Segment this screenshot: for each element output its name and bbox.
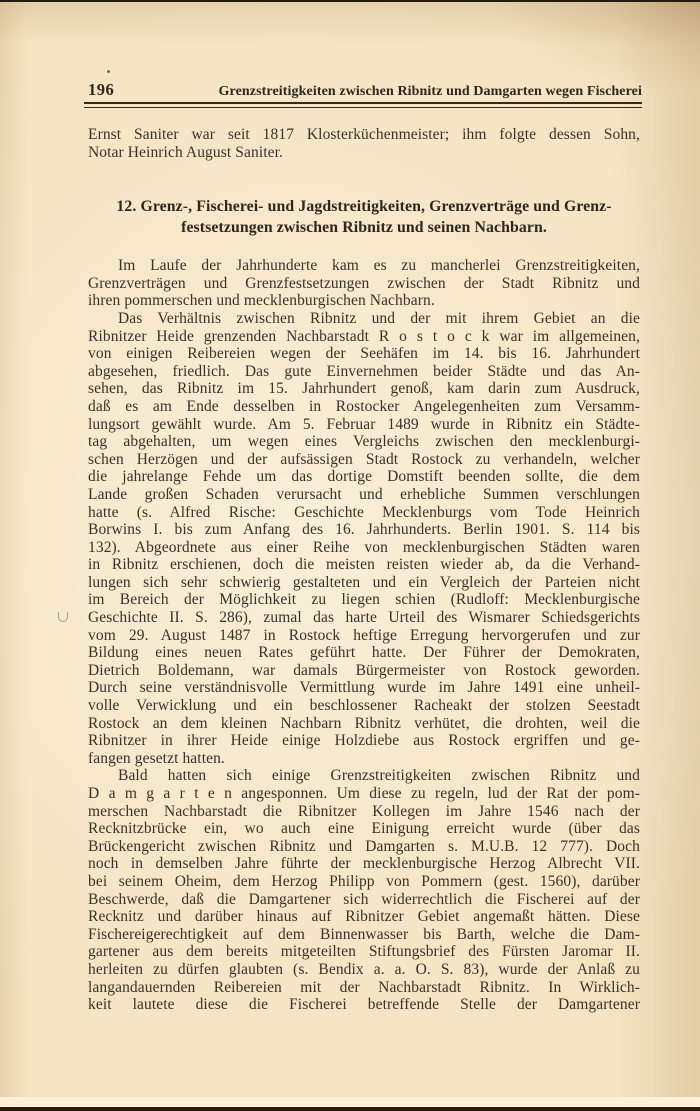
ink-speck — [107, 70, 110, 73]
text-line: keit lautete diese die Fischerei betreff… — [88, 996, 640, 1014]
text-line: vom 29. August 1487 in Rostock heftige E… — [88, 627, 640, 645]
intro-paragraph: Ernst Saniter war seit 1817 Klosterküche… — [88, 126, 640, 161]
text-line: schen Herzögen und der aufsässigen Stadt… — [88, 451, 640, 469]
text-line: 132). Abgeordnete aus einer Reihe von me… — [88, 539, 640, 557]
text-line: Dietrich Boldemann, war damals Bürgermei… — [88, 662, 640, 680]
text-line: Grenzverträgen und Grenzfestsetzungen zw… — [88, 275, 640, 293]
text-line: Geschichte II. S. 286), zumal das harte … — [88, 609, 640, 627]
text-line: daß es am Ende desselben in Rostocker An… — [88, 398, 640, 416]
text-line: Ribnitzer Heide grenzenden Nachbarstadt … — [88, 328, 640, 346]
paragraph: Das Verhältnis zwischen Ribnitz und der … — [88, 310, 640, 767]
text-line: Notar Heinrich August Saniter. — [88, 144, 640, 162]
page-body: Ernst Saniter war seit 1817 Klosterküche… — [88, 126, 640, 1014]
paragraph: Bald hatten sich einige Grenzstreitigkei… — [88, 767, 640, 1013]
page-number: 196 — [88, 80, 114, 100]
text-line: Durch seine verständnisvolle Vermittlung… — [88, 679, 640, 697]
text-line: in Ribnitz erschienen, doch die meisten … — [88, 556, 640, 574]
text-line: lungen sich sehr schwierig gestalteten u… — [88, 574, 640, 592]
text-line: Rostock an dem kleinen Nachbarn Ribnitz … — [88, 715, 640, 733]
text-line: gartener aus dem bereits mitgeteilten St… — [88, 943, 640, 961]
header-rule — [84, 102, 642, 108]
heading-line: 12. Grenz-, Fischerei- und Jagdstreitigk… — [88, 196, 640, 217]
text-line: Ernst Saniter war seit 1817 Klosterküche… — [88, 126, 640, 144]
scan-bottom-edge — [0, 1107, 700, 1111]
text-line: volle Verwicklung und ein beschlossener … — [88, 697, 640, 715]
text-line: Das Verhältnis zwischen Ribnitz und der … — [88, 310, 640, 328]
text-line: merschen Nachbarstadt die Ribnitzer Koll… — [88, 803, 640, 821]
section-heading: 12. Grenz-, Fischerei- und Jagdstreitigk… — [88, 196, 640, 238]
text-line: Im Laufe der Jahrhunderte kam es zu manc… — [88, 257, 640, 275]
text-line: abgesehen, friedlich. Das gute Einverneh… — [88, 363, 640, 381]
text-line: im Bereich der Möglichkeit zu liegen sch… — [88, 591, 640, 609]
text-line: von einigen Reibereien wegen der Seehäfe… — [88, 345, 640, 363]
text-line: sehen, das Ribnitz im 15. Jahrhundert ge… — [88, 380, 640, 398]
text-line: hatte (s. Alfred Rische: Geschichte Meck… — [88, 504, 640, 522]
text-line: noch in demselben Jahre führte der meckl… — [88, 855, 640, 873]
text-line: die jahrelange Fehde um das dortige Doms… — [88, 468, 640, 486]
book-page: 196 Grenzstreitigkeiten zwischen Ribnitz… — [0, 0, 700, 1111]
text-line: fangen gesetzt hatten. — [88, 750, 640, 768]
paragraph: Im Laufe der Jahrhunderte kam es zu manc… — [88, 257, 640, 310]
text-line: lungsort gewählt wurde. Am 5. Februar 14… — [88, 416, 640, 434]
text-line: herleiten zu dürfen glaubten (s. Bendix … — [88, 961, 640, 979]
scan-top-edge — [0, 0, 700, 2]
text-line: Recknitzbrücke ein, wo auch eine Einigun… — [88, 820, 640, 838]
text-line: Bald hatten sich einige Grenzstreitigkei… — [88, 767, 640, 785]
body-paragraphs: Im Laufe der Jahrhunderte kam es zu manc… — [88, 257, 640, 1014]
text-line: Recknitz und darüber hinaus auf Ribnitze… — [88, 908, 640, 926]
text-line: Brückengericht zwischen Ribnitz und Damg… — [88, 838, 640, 856]
scan-bottom-highlight — [0, 1097, 700, 1107]
text-line: ihren pommerschen und mecklenburgischen … — [88, 292, 640, 310]
text-line: Fischereigerechtigkeit auf dem Binnenwas… — [88, 926, 640, 944]
page-header: 196 Grenzstreitigkeiten zwischen Ribnitz… — [88, 80, 642, 100]
text-line: Borwins I. bis zum Anfang des 16. Jahrhu… — [88, 521, 640, 539]
text-line: bei seinem Oheim, dem Herzog Philipp von… — [88, 873, 640, 891]
text-line: Lande großen Schaden verursacht und erhe… — [88, 486, 640, 504]
running-header: Grenzstreitigkeiten zwischen Ribnitz und… — [219, 84, 642, 100]
text-line: tag abgehalten, um wegen eines Vergleich… — [88, 433, 640, 451]
text-line: Bildung eines neuen Rates geführt hatte.… — [88, 644, 640, 662]
paragraph: Ernst Saniter war seit 1817 Klosterküche… — [88, 126, 640, 161]
text-line: Beschwerde, daß die Damgartener sich wid… — [88, 891, 640, 909]
text-line: Ribnitzer in ihrer Heide einige Holzdieb… — [88, 732, 640, 750]
text-line: langandauernden Reibereien mit der Nachb… — [88, 979, 640, 997]
margin-pencil-mark — [58, 612, 68, 622]
text-line: D a m g a r t e n angesponnen. Um diese … — [88, 785, 640, 803]
heading-line: festsetzungen zwischen Ribnitz und seine… — [88, 217, 640, 238]
